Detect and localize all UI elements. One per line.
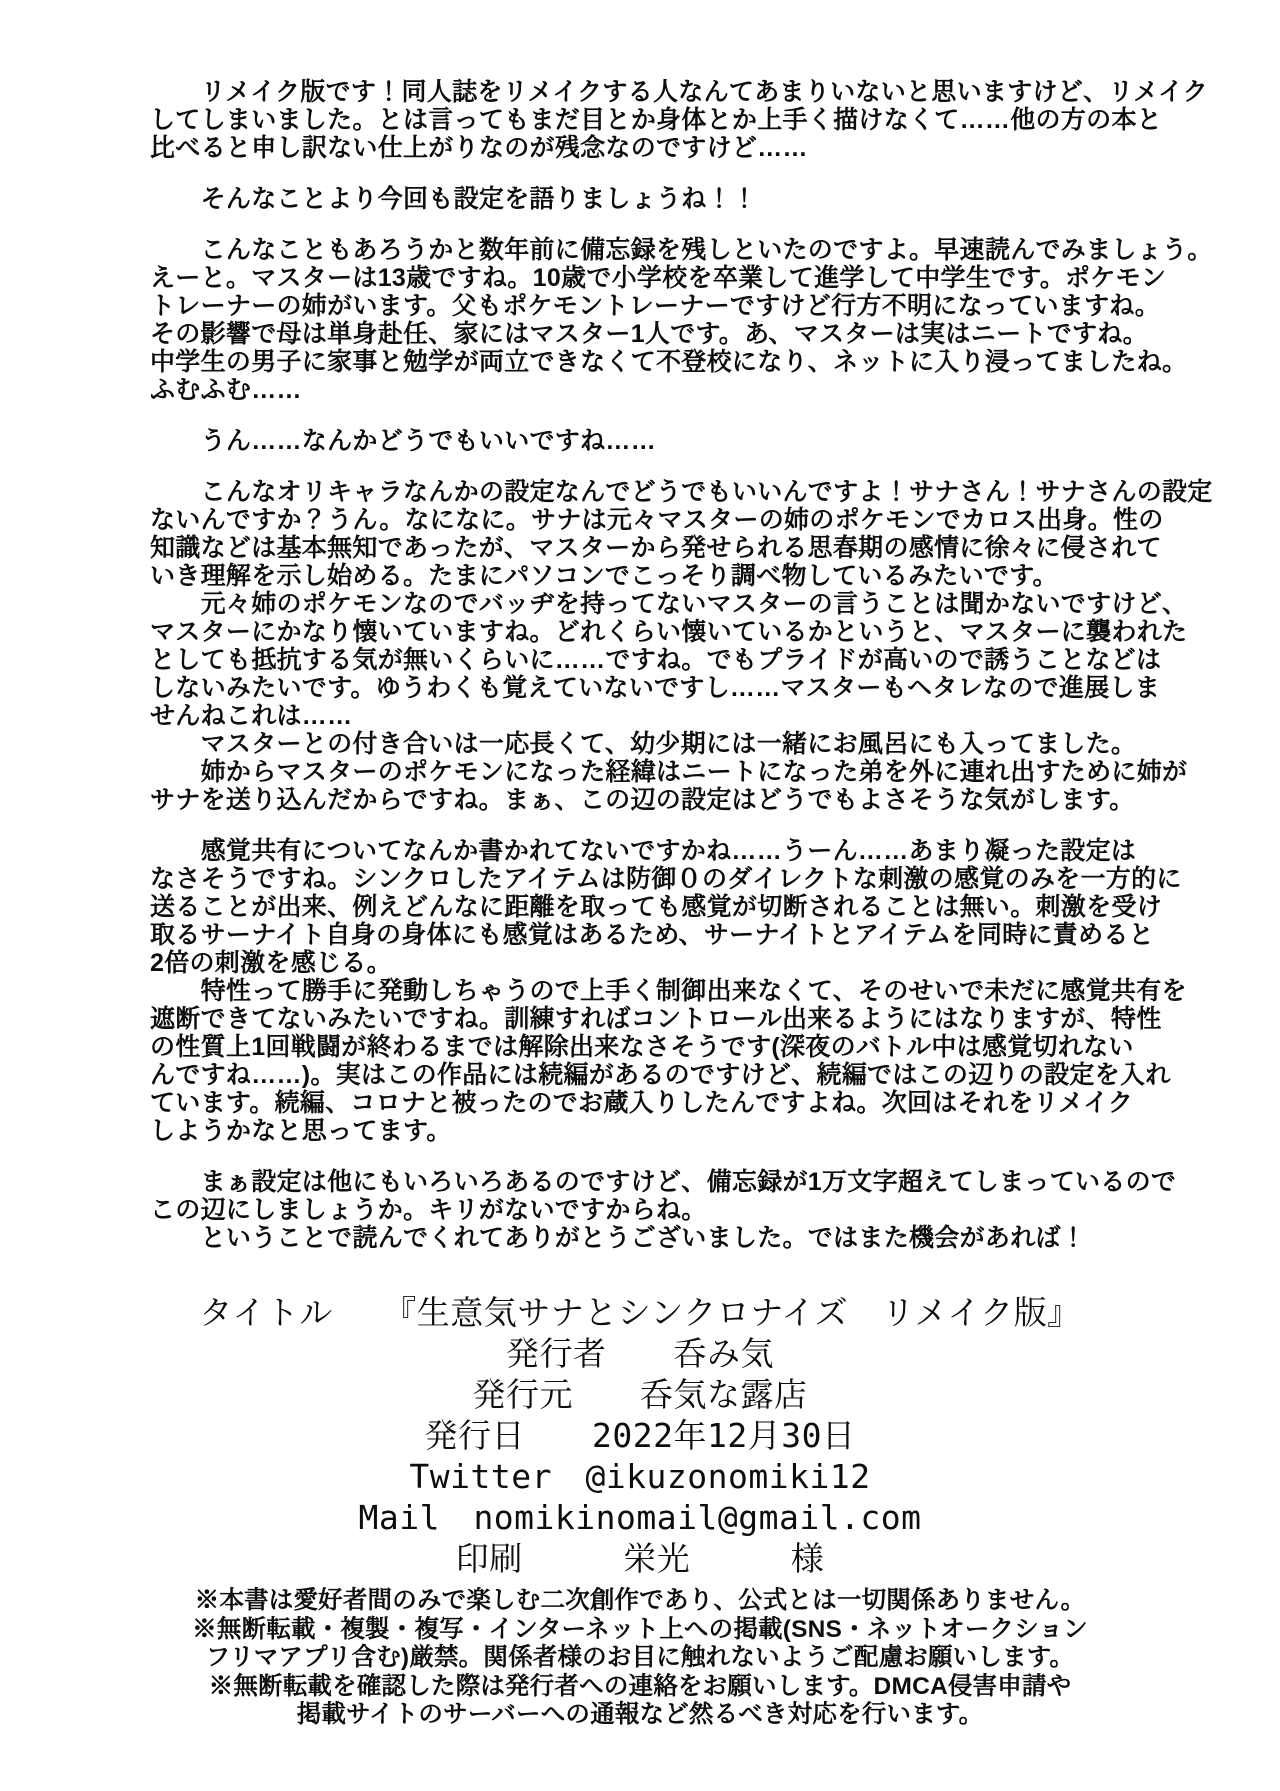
afterword-paragraph: うん……なんかどうでもいいですね…… [150, 427, 1250, 455]
disclaimer-line: ※本書は愛好者間のみで楽しむ二次創作であり、公式とは一切関係ありません。 [0, 1587, 1280, 1616]
afterword-page: リメイク版です！同人誌をリメイクする人なんてあまりいないと思いますけど、リメイク… [0, 0, 1280, 1791]
disclaimer-section: ※本書は愛好者間のみで楽しむ二次創作であり、公式とは一切関係ありません。※無断転… [0, 1587, 1280, 1730]
disclaimer-line: フリマアプリ含む)厳禁。関係者様のお目に触れないようご配慮お願いします。 [0, 1644, 1280, 1673]
colophon-date-row: 発行日 2022年12月30日 [0, 1415, 1280, 1456]
colophon-section: タイトル 『生意気サナとシンクロナイズ リメイク版』発行者 呑み気発行元 呑気な… [0, 1292, 1280, 1579]
colophon-printer-row: 印刷 栄光 様 [0, 1538, 1280, 1579]
afterword-paragraph: 感覚共有についてなんか書かれてないですかね……うーん……あまり凝った設定は なさ… [150, 837, 1250, 1145]
colophon-mail-row: Mail nomikinomail@gmail.com [0, 1497, 1280, 1538]
disclaimer-line: ※無断転載・複製・複写・インターネット上への掲載(SNS・ネットオークション [0, 1616, 1280, 1645]
disclaimer-line: 掲載サイトのサーバーへの通報など然るべき対応を行います。 [0, 1701, 1280, 1730]
afterword-paragraph: こんなこともあろうかと数年前に備忘録を残しといたのですよ。早速読んでみましょう。… [150, 236, 1250, 404]
colophon-title-row: タイトル 『生意気サナとシンクロナイズ リメイク版』 [0, 1292, 1280, 1333]
afterword-paragraph: リメイク版です！同人誌をリメイクする人なんてあまりいないと思いますけど、リメイク… [150, 78, 1250, 162]
afterword-text-section: リメイク版です！同人誌をリメイクする人なんてあまりいないと思いますけど、リメイク… [0, 0, 1280, 1252]
colophon-circle-row: 発行元 呑気な露店 [0, 1374, 1280, 1415]
colophon-twitter-row: Twitter @ikuzonomiki12 [0, 1456, 1280, 1497]
afterword-paragraph: こんなオリキャラなんかの設定なんでどうでもいいんですよ！サナさん！サナさんの設定… [150, 478, 1250, 814]
colophon-publisher-row: 発行者 呑み気 [0, 1333, 1280, 1374]
afterword-paragraph: そんなことより今回も設定を語りましょうね！！ [150, 185, 1250, 213]
afterword-paragraph: まぁ設定は他にもいろいろあるのですけど、備忘録が1万文字超えてしまっているので … [150, 1168, 1250, 1252]
disclaimer-line: ※無断転載を確認した際は発行者への連絡をお願いします。DMCA侵害申請や [0, 1673, 1280, 1702]
